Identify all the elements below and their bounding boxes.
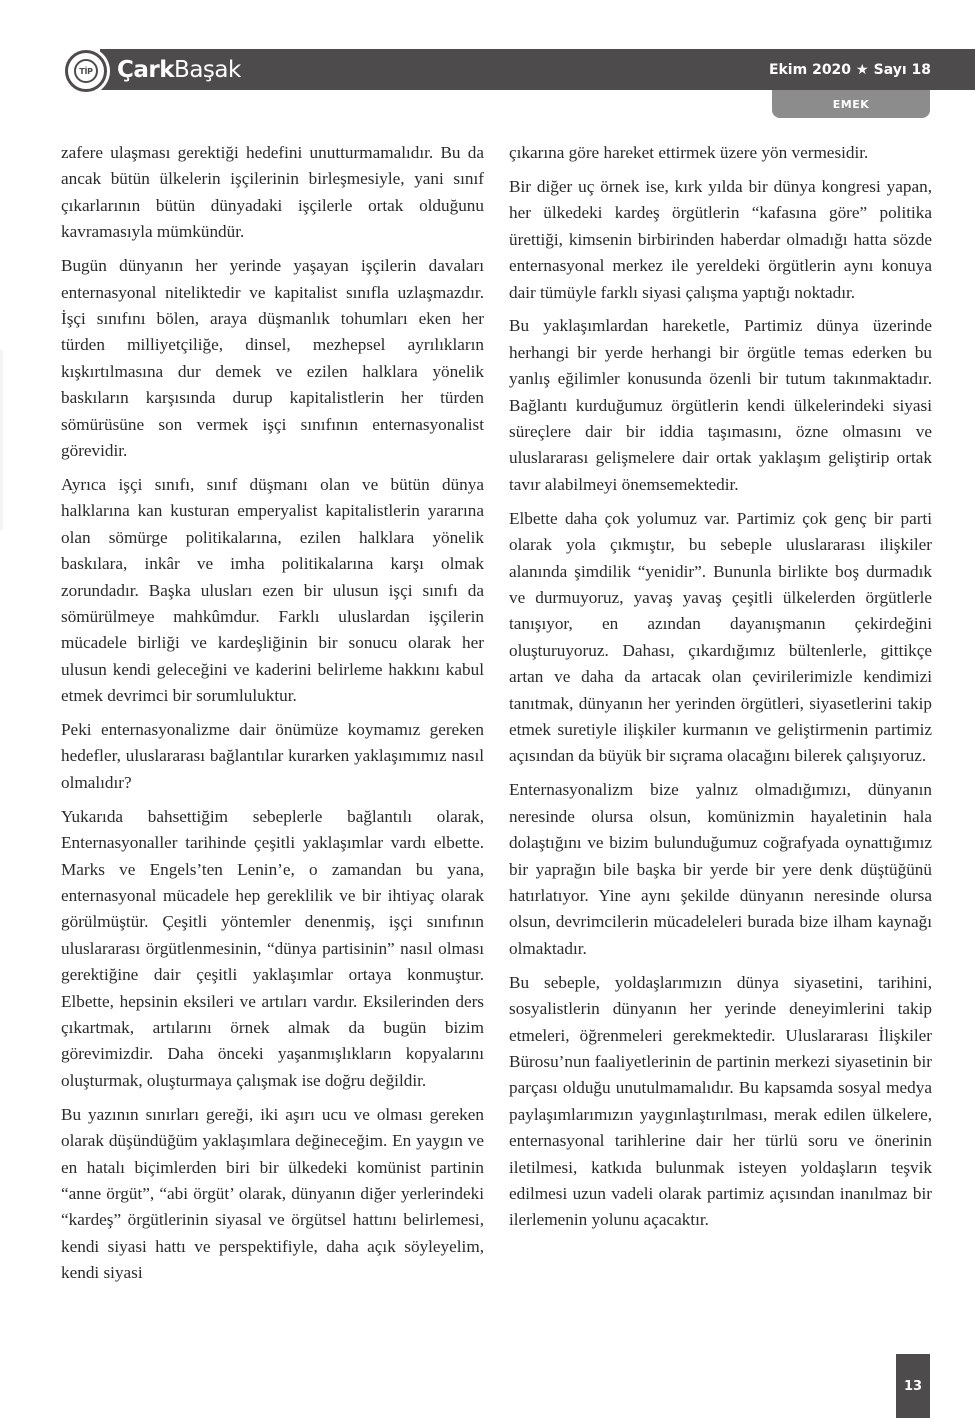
section-tab: EMEK — [772, 90, 930, 118]
paragraph: çıkarına göre hareket ettirmek üzere yön… — [509, 140, 932, 166]
paragraph: Elbette daha çok yolumuz var. Partimiz ç… — [509, 506, 932, 770]
paragraph: Ayrıca işçi sınıfı, sınıf düşmanı olan v… — [61, 472, 484, 710]
brand-bold: Çark — [117, 57, 174, 83]
issue-info: Ekim 2020 ★ Sayı 18 — [769, 49, 931, 90]
paragraph: Bir diğer uç örnek ise, kırk yılda bir d… — [509, 174, 932, 306]
brand-regular: Başak — [174, 57, 241, 83]
paragraph: Bu yazının sınırları gereği, iki aşırı u… — [61, 1102, 484, 1287]
paragraph: Bu yaklaşımlardan hareketle, Partimiz dü… — [509, 313, 932, 498]
logo-text: TİP — [74, 59, 98, 83]
article-column-right: çıkarına göre hareket ettirmek üzere yön… — [509, 140, 932, 1241]
issue-month: Ekim 2020 — [769, 62, 851, 78]
star-icon: ★ — [856, 62, 869, 78]
paragraph: Peki enternasyonalizme dair önümüze koym… — [61, 717, 484, 796]
page-edge-shadow — [0, 350, 3, 530]
tip-logo: TİP — [62, 47, 110, 95]
gear-seal-icon: TİP — [65, 50, 107, 92]
article-column-left: zafere ulaşması gerektiği hedefini unutt… — [61, 140, 484, 1294]
paragraph: Bu sebeple, yoldaşlarımızın dünya siyase… — [509, 970, 932, 1234]
paragraph: zafere ulaşması gerektiği hedefini unutt… — [61, 140, 484, 246]
brand-title: ÇarkBaşak — [117, 52, 241, 88]
paragraph: Bugün dünyanın her yerinde yaşayan işçil… — [61, 253, 484, 464]
paragraph: Enternasyonalizm bize yalnız olmadığımız… — [509, 777, 932, 962]
page-number: 13 — [896, 1354, 930, 1418]
issue-number: Sayı 18 — [874, 62, 931, 78]
paragraph: Yukarıda bahsettiğim sebeplerle bağlantı… — [61, 804, 484, 1094]
